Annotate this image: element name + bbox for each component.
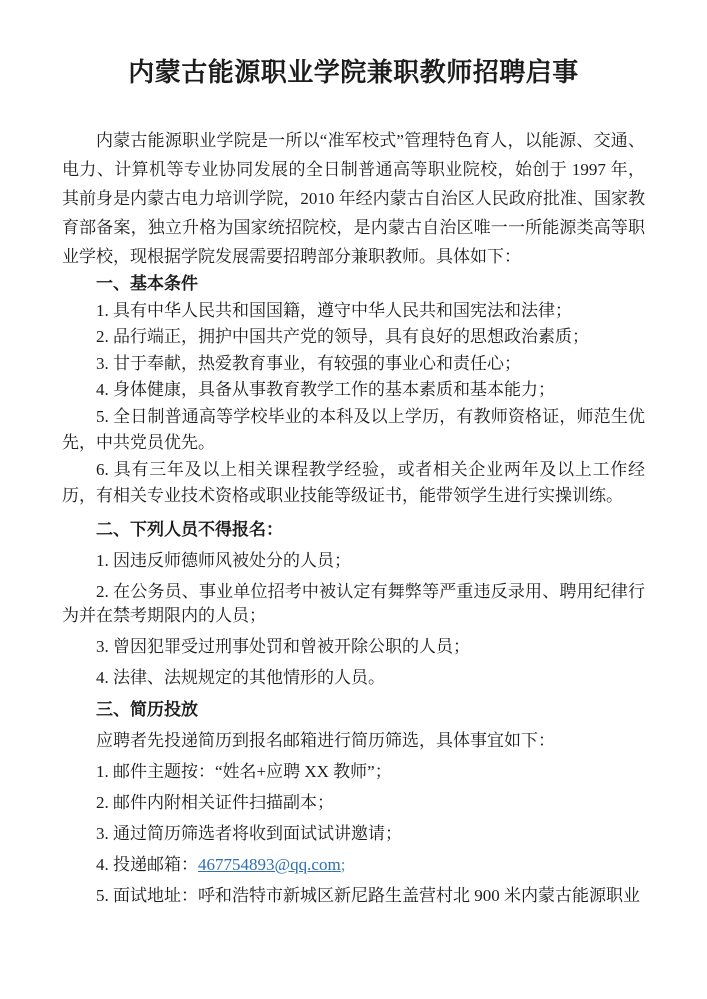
- section-resume-submission: 三、简历投放 应聘者先投递简历到报名邮箱进行简历筛选，具体事宜如下： 1. 邮件…: [62, 698, 645, 908]
- mailbox-semicolon: ;: [341, 855, 346, 874]
- section-3-heading: 三、简历投放: [62, 698, 645, 722]
- section-3-item: 2. 邮件内附相关证件扫描副本；: [62, 791, 645, 815]
- section-1-item: 2. 品行端正，拥护中国共产党的领导，具有良好的思想政治素质；: [62, 324, 645, 351]
- section-2-heading: 二、下列人员不得报名：: [62, 518, 645, 542]
- section-1-item: 1. 具有中华人民共和国国籍，遵守中华人民共和国宪法和法律；: [62, 298, 645, 325]
- section-3-address-line: 5. 面试地址：呼和浩特市新城区新尼路生盖营村北 900 米内蒙古能源职业: [62, 884, 645, 908]
- section-1-item: 6. 具有三年及以上相关课程教学经验，或者相关企业两年及以上工作经历，有相关专业…: [62, 457, 645, 510]
- section-ineligible-applicants: 二、下列人员不得报名： 1. 因违反师德师风被处分的人员； 2. 在公务员、事业…: [62, 518, 645, 690]
- section-3-lead: 应聘者先投递简历到报名邮箱进行简历筛选，具体事宜如下：: [62, 729, 645, 753]
- section-1-heading: 一、基本条件: [62, 271, 645, 298]
- section-1-item: 5. 全日制普通高等学校毕业的本科及以上学历，有教师资格证，师范生优先，中共党员…: [62, 404, 645, 457]
- email-link[interactable]: 467754893@qq.com: [198, 855, 341, 874]
- section-3-mailbox-line: 4. 投递邮箱：467754893@qq.com;: [62, 853, 645, 877]
- section-3-item: 1. 邮件主题按：“姓名+应聘 XX 教师”；: [62, 760, 645, 784]
- section-basic-conditions: 一、基本条件 1. 具有中华人民共和国国籍，遵守中华人民共和国宪法和法律； 2.…: [62, 271, 645, 510]
- section-2-item: 3. 曾因犯罪受过刑事处罚和曾被开除公职的人员；: [62, 635, 645, 659]
- section-2-item: 4. 法律、法规规定的其他情形的人员。: [62, 666, 645, 690]
- document-page: 内蒙古能源职业学院兼职教师招聘启事 内蒙古能源职业学院是一所以“准军校式”管理特…: [0, 0, 707, 999]
- mailbox-label: 4. 投递邮箱：: [96, 855, 198, 874]
- section-3-item: 3. 通过简历筛选者将收到面试试讲邀请；: [62, 822, 645, 846]
- section-2-item: 2. 在公务员、事业单位招考中被认定有舞弊等严重违反录用、聘用纪律行为并在禁考期…: [62, 580, 645, 628]
- page-title: 内蒙古能源职业学院兼职教师招聘启事: [62, 56, 645, 90]
- section-1-item: 4. 身体健康，具备从事教育教学工作的基本素质和基本能力；: [62, 377, 645, 404]
- intro-paragraph: 内蒙古能源职业学院是一所以“准军校式”管理特色育人，以能源、交通、电力、计算机等…: [62, 126, 645, 271]
- section-1-item: 3. 甘于奉献，热爱教育事业，有较强的事业心和责任心；: [62, 351, 645, 378]
- section-2-item: 1. 因违反师德师风被处分的人员；: [62, 549, 645, 573]
